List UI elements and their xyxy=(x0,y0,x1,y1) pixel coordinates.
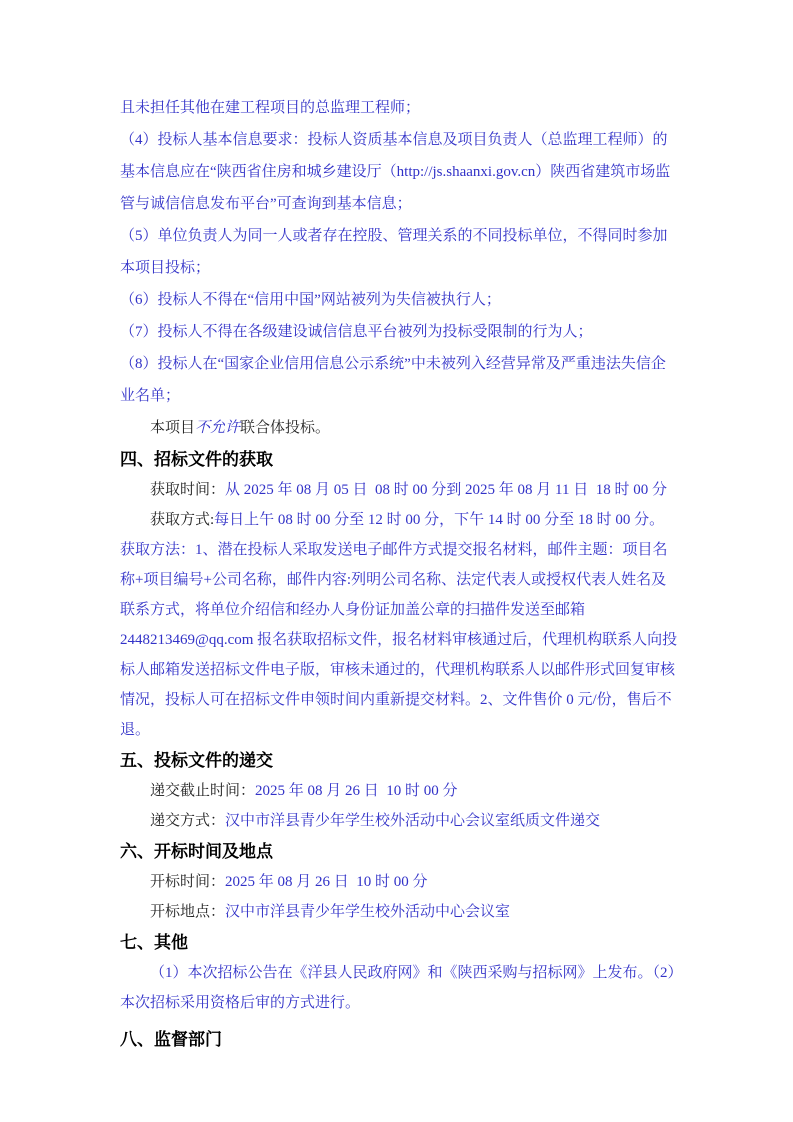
opening-place-value: 汉中市洋县青少年学生校外活动中心会议室 xyxy=(225,904,510,920)
submission-method-line: 递交方式：汉中市洋县青少年学生校外活动中心会议室纸质文件递交 xyxy=(120,806,678,836)
opening-time-value: 2025 年 08 月 26 日 10 时 00 分 xyxy=(225,874,428,890)
enterprise-credit-clause: （8）投标人在“国家企业信用信息公示系统”中未被列入经营异常及严重违法失信企业名… xyxy=(120,348,678,412)
obtain-method-line: 获取方式:每日上午 08 时 00 分至 12 时 00 分，下午 14 时 0… xyxy=(120,505,678,745)
section-heading-supervision: 八、监督部门 xyxy=(120,1024,678,1055)
other-body: （1）本次招标公告在《洋县人民政府网》和《陕西采购与招标网》上发布。（2）本次招… xyxy=(120,958,678,1018)
submission-method-label: 递交方式： xyxy=(150,813,225,829)
opening-time-line: 开标时间：2025 年 08 月 26 日 10 时 00 分 xyxy=(120,867,678,897)
submission-deadline-value: 2025 年 08 月 26 日 10 时 00 分 xyxy=(255,783,458,799)
section-heading-bid-submission: 五、投标文件的递交 xyxy=(120,745,678,776)
opening-time-label: 开标时间： xyxy=(150,874,225,890)
credit-china-clause: （6）投标人不得在“信用中国”网站被列为失信被执行人； xyxy=(120,284,678,316)
obtain-time-label: 获取时间： xyxy=(150,482,225,498)
consortium-prefix: 本项目 xyxy=(150,420,195,436)
bidder-basic-info-clause: （4）投标人基本信息要求：投标人资质基本信息及项目负责人（总监理工程师）的基本信… xyxy=(120,124,678,220)
section-heading-other: 七、其他 xyxy=(120,927,678,958)
consortium-suffix: 联合体投标。 xyxy=(240,420,330,436)
same-person-clause: （5）单位负责人为同一人或者存在控股、管理关系的不同投标单位，不得同时参加本项目… xyxy=(120,220,678,284)
consortium-statement: 本项目不允许联合体投标。 xyxy=(120,412,678,444)
opening-place-line: 开标地点：汉中市洋县青少年学生校外活动中心会议室 xyxy=(120,897,678,927)
section-heading-obtain-documents: 四、招标文件的获取 xyxy=(120,444,678,475)
qualification-clauses-block: 且未担任其他在建工程项目的总监理工程师； （4）投标人基本信息要求：投标人资质基… xyxy=(120,92,678,444)
sections-block: 四、招标文件的获取 获取时间：从 2025 年 08 月 05 日 08 时 0… xyxy=(120,444,678,1055)
submission-deadline-line: 递交截止时间：2025 年 08 月 26 日 10 时 00 分 xyxy=(120,776,678,806)
announcement-document: 且未担任其他在建工程项目的总监理工程师； （4）投标人基本信息要求：投标人资质基… xyxy=(0,0,793,1122)
obtain-time-line: 获取时间：从 2025 年 08 月 05 日 08 时 00 分到 2025 … xyxy=(120,475,678,505)
submission-method-value: 汉中市洋县青少年学生校外活动中心会议室纸质文件递交 xyxy=(225,813,600,829)
consortium-not-allowed-emphasis: 不允许 xyxy=(195,420,240,436)
section-heading-bid-opening: 六、开标时间及地点 xyxy=(120,836,678,867)
construction-credit-clause: （7）投标人不得在各级建设诚信信息平台被列为投标受限制的行为人； xyxy=(120,316,678,348)
obtain-method-value: 每日上午 08 时 00 分至 12 时 00 分，下午 14 时 00 分至 … xyxy=(120,512,677,738)
carryover-clause: 且未担任其他在建工程项目的总监理工程师； xyxy=(120,92,678,124)
obtain-method-label: 获取方式: xyxy=(150,512,214,528)
opening-place-label: 开标地点： xyxy=(150,904,225,920)
obtain-time-value: 从 2025 年 08 月 05 日 08 时 00 分到 2025 年 08 … xyxy=(225,482,667,498)
submission-deadline-label: 递交截止时间： xyxy=(150,783,255,799)
